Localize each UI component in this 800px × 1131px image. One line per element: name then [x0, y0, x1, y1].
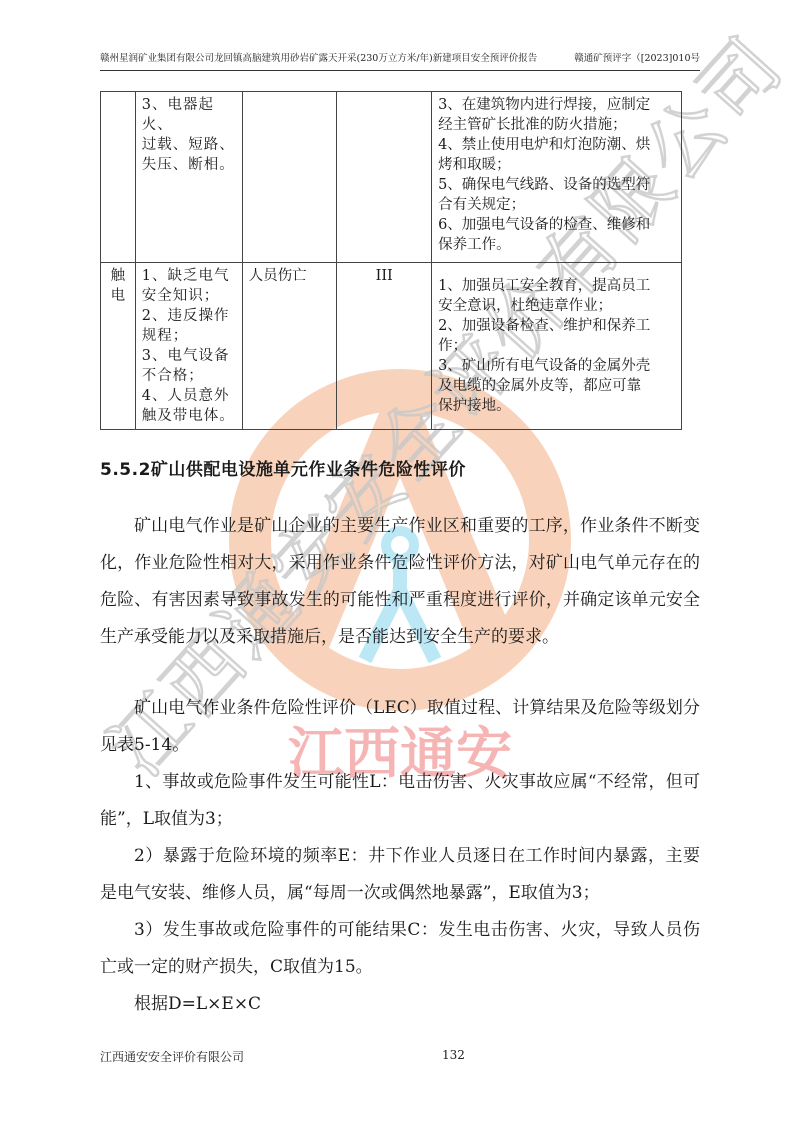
body-paragraph: 3）发生事故或危险事件的可能结果C：发生电击伤害、火灾，导致人员伤亡或一定的财产… [100, 912, 700, 986]
cause-line: 3、电器起火、 [142, 95, 236, 135]
measure-line: 3、在建筑物内进行焊接，应制定 [438, 95, 675, 115]
table-row: 3、电器起火、 过载、短路、 失压、断相。 3、在建筑物内进行焊接，应制定 经主… [101, 92, 682, 263]
hazard-table: 3、电器起火、 过载、短路、 失压、断相。 3、在建筑物内进行焊接，应制定 经主… [100, 91, 682, 430]
footer-company: 江西通安安全评价有限公司 [100, 1048, 244, 1065]
hazard-type-cell [101, 92, 136, 263]
measure-line: 4、禁止使用电炉和灯泡防潮、烘 [438, 135, 675, 155]
table-row: 触电 1、缺乏电气 安全知识； 2、违反操作 规程； 3、电气设备 不合格； 4… [101, 263, 682, 430]
page-number: 132 [442, 1048, 465, 1062]
hazard-result-cell: 人员伤亡 [242, 263, 337, 430]
cause-line: 1、缺乏电气 [142, 266, 236, 286]
measure-line: 5、确保电气线路、设备的选型符 [438, 175, 675, 195]
measure-line: 1、加强员工安全教育，提高员工 [438, 276, 675, 296]
hazard-measure-cell: 3、在建筑物内进行焊接，应制定 经主管矿长批准的防火措施； 4、禁止使用电炉和灯… [432, 92, 682, 263]
hazard-level-cell [337, 92, 432, 263]
measure-line: 安全意识，杜绝违章作业； [438, 296, 675, 316]
cause-line: 触及带电体。 [142, 406, 236, 426]
cause-line: 安全知识； [142, 286, 236, 306]
measure-line: 3、矿山所有电气设备的金属外壳 [438, 356, 675, 376]
measure-line: 烤和取暖； [438, 155, 675, 175]
measure-line: 6、加强电气设备的检查、维修和 [438, 215, 675, 235]
body-paragraph: 矿山电气作业条件危险性评价（LEC）取值过程、计算结果及危险等级划分见表5-14… [100, 690, 700, 764]
report-title: 赣州星润矿业集团有限公司龙回镇高脑建筑用砂岩矿露天开采(230万立方米/年)新建… [100, 50, 537, 64]
hazard-level-cell: III [337, 263, 432, 430]
measure-line: 经主管矿长批准的防火措施； [438, 115, 675, 135]
hazard-result-cell [242, 92, 337, 263]
body-paragraph: 根据D=L×E×C [100, 986, 700, 1023]
cause-line: 过载、短路、 [142, 135, 236, 155]
cause-line: 2、违反操作 [142, 306, 236, 326]
hazard-measure-cell: 1、加强员工安全教育，提高员工 安全意识，杜绝违章作业； 2、加强设备检查、维护… [432, 263, 682, 430]
cause-line: 3、电气设备 [142, 346, 236, 366]
document-number: 赣通矿预评字（[2023]010号 [574, 50, 700, 64]
hazard-cause-cell: 1、缺乏电气 安全知识； 2、违反操作 规程； 3、电气设备 不合格； 4、人员… [135, 263, 242, 430]
cause-line: 失压、断相。 [142, 155, 236, 175]
measure-line: 2、加强设备检查、维护和保养工 [438, 316, 675, 336]
page-header: 赣州星润矿业集团有限公司龙回镇高脑建筑用砂岩矿露天开采(230万立方米/年)新建… [100, 50, 700, 71]
measure-line: 及电缆的金属外皮等，都应可靠 [438, 376, 675, 396]
body-paragraph: 1、事故或危险事件发生可能性L：电击伤害、火灾事故应属“不经常，但可能”，L取值… [100, 764, 700, 838]
measure-line: 保养工作。 [438, 235, 675, 255]
section-heading: 5.5.2矿山供配电设施单元作业条件危险性评价 [100, 455, 466, 480]
hazard-cause-cell: 3、电器起火、 过载、短路、 失压、断相。 [135, 92, 242, 263]
measure-line: 保护接地。 [438, 396, 675, 416]
cause-line: 规程； [142, 326, 236, 346]
cause-line: 4、人员意外 [142, 386, 236, 406]
cause-line: 不合格； [142, 366, 236, 386]
measure-line: 合有关规定； [438, 195, 675, 215]
body-paragraph: 矿山电气作业是矿山企业的主要生产作业区和重要的工序，作业条件不断变化，作业危险性… [100, 508, 700, 656]
hazard-type-cell: 触电 [101, 263, 136, 430]
body-paragraph: 2）暴露于危险环境的频率E：井下作业人员逐日在工作时间内暴露，主要是电气安装、维… [100, 838, 700, 912]
measure-line: 作； [438, 336, 675, 356]
